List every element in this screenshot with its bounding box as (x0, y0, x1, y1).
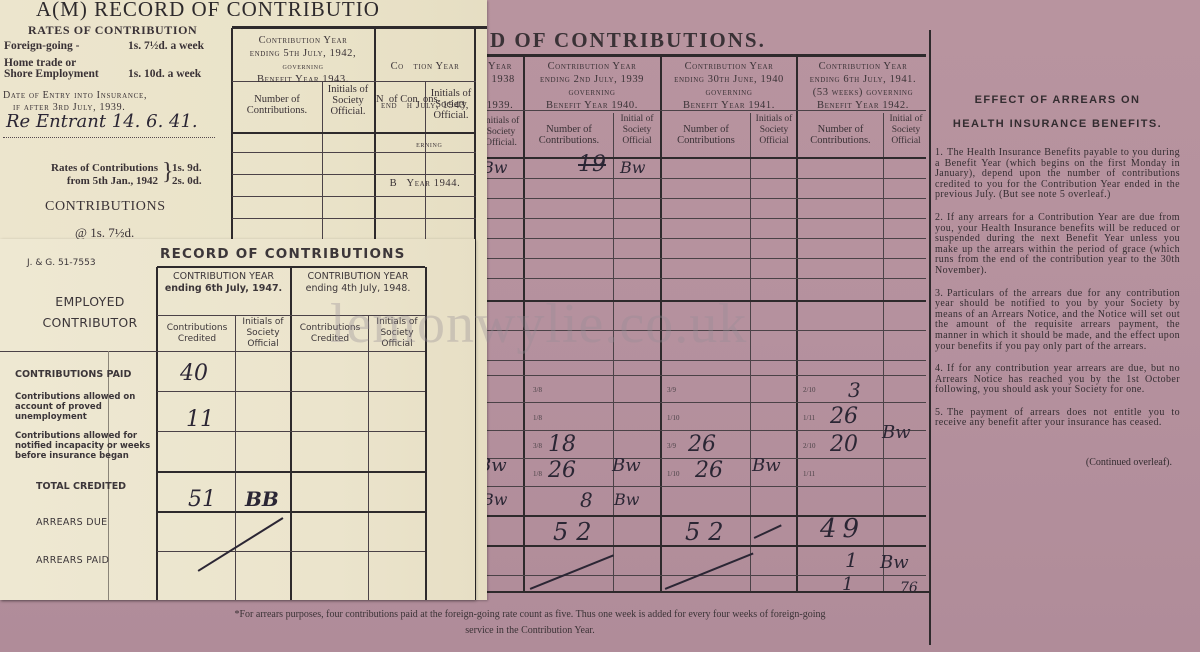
col3-number-head: Number of Contributions. (799, 124, 882, 146)
rates-1942-labels: Rates of Contributions from 5th Jan., 19… (36, 162, 158, 188)
note-text: If any arrears for a Contribution Year a… (935, 212, 1180, 276)
fraction: 1/10 (667, 470, 679, 478)
slip-title: A(M) RECORD OF CONTRIBUTIO (36, 0, 380, 22)
front-slip-title: RECORD OF CONTRIBUTIONS (160, 246, 406, 262)
row-arrears-due: ARREARS DUE (36, 518, 107, 528)
heading-line: governing (234, 60, 372, 73)
fraction: 1/8 (533, 470, 542, 478)
cancel-stroke (530, 554, 614, 589)
row-line (478, 258, 926, 259)
col2-number-head: Number of Contributions (663, 124, 749, 146)
handwritten-number: 19 (578, 152, 606, 177)
rate-home-value: 1s. 10d. a week (128, 68, 201, 80)
slip-title-rule (232, 26, 487, 29)
note-text: Particulars of the arrears due for any c… (935, 288, 1180, 352)
cancel-stroke (198, 517, 284, 571)
fraction: 3/8 (533, 386, 542, 394)
rates-1942-line: from 5th Jan., 1942 (36, 175, 158, 188)
arrears-note-2: 2.If any arrears for a Contribution Year… (935, 213, 1180, 277)
row-line (478, 218, 926, 219)
pink-card-title: D OF CONTRIBUTIONS. (490, 28, 766, 53)
value-contributions-paid: 40 (180, 361, 208, 386)
front-rule (157, 551, 425, 552)
arrears-note-3: 3.Particulars of the arrears due for any… (935, 289, 1180, 353)
front-rule (157, 391, 425, 392)
heading-line: B Year 1944. (376, 177, 474, 190)
front-col-1948-heading: CONTRIBUTION YEAR ending 4th July, 1948. (292, 271, 424, 295)
sub-divider (883, 113, 884, 591)
heading-line: governing (526, 86, 658, 99)
entry-label-line: Date of Entry into Insurance, (3, 90, 147, 102)
fraction: 1/11 (803, 414, 815, 422)
front-rule (157, 471, 425, 473)
rates-1942-values: 1s. 9d. 2s. 0d. (172, 162, 202, 188)
row-unemployment: Contributions allowed on account of prov… (15, 392, 155, 422)
panel-divider (929, 30, 931, 645)
fraction: 1/10 (667, 414, 679, 422)
row-contributions-paid: CONTRIBUTIONS PAID (15, 370, 155, 380)
heading-line: governing (663, 86, 795, 99)
front-rule (157, 315, 425, 316)
handwritten-initials: Bw (620, 158, 645, 177)
slip-number-head: Number of Contributions. (234, 94, 320, 116)
row-line (478, 402, 926, 403)
column-divider (523, 56, 525, 591)
fraction: 2/10 (803, 386, 815, 394)
col2-heading: Contribution Year ending 30th June, 1940… (663, 60, 795, 112)
dotted-separator (3, 137, 215, 138)
fraction: 2/10 (803, 442, 815, 450)
handwritten-initials: Bw (612, 455, 641, 476)
credited-head: Contributions Credited (293, 323, 367, 345)
heading-line: ending 5th July, 1942, (234, 47, 372, 60)
slip-initials-head: Initials of Society Official. (427, 88, 475, 121)
heading-line: Benefit Year 1942. (799, 99, 927, 112)
fraction: 3/8 (533, 442, 542, 450)
row-line (478, 360, 926, 361)
rate-foreign-label: Foreign-going - (4, 40, 80, 53)
front-record-slip: J. & G. 51-7553 EMPLOYED CONTRIBUTOR REC… (0, 239, 475, 600)
row-line (478, 178, 926, 179)
col3-initials-head: Initial of Society Official (885, 114, 927, 147)
heading-line: Benefit Year 1940. (526, 99, 658, 112)
initials-head: Initials of Society Official (370, 317, 424, 350)
row-line (478, 591, 930, 593)
col2-initials-head: Initials of Society Official (752, 114, 796, 147)
row-total-credited: TOTAL CREDITED (36, 482, 126, 492)
row-line (478, 278, 926, 279)
row-line (478, 198, 926, 199)
handwritten-number: 26 (830, 404, 858, 429)
row-line (478, 486, 926, 487)
handwritten-initials: Bw (752, 455, 781, 476)
heading-line: ending 30th June, 1940 (663, 73, 795, 86)
handwritten-number: 26 (695, 458, 723, 483)
col1-number-head: Number of Contributions. (526, 124, 612, 146)
slip-col-1942-heading: Contribution Year ending 5th July, 1942,… (234, 34, 372, 86)
column-divider (660, 56, 662, 591)
handwritten-number: 18 (548, 432, 576, 457)
col3-heading: Contribution Year ending 6th July, 1941.… (799, 60, 927, 112)
slip-rule (232, 218, 476, 219)
title-rule (478, 54, 926, 57)
column-divider (796, 56, 798, 591)
handwritten-number: 8 (580, 488, 593, 512)
handwritten-total: 52 (685, 518, 732, 546)
fraction: 1/8 (533, 414, 542, 422)
col1-heading: Contribution Year ending 2nd July, 1939 … (526, 60, 658, 112)
row-line (478, 430, 926, 431)
row-line (478, 575, 926, 576)
row-arrears-paid: ARREARS PAID (36, 556, 109, 566)
col1-initials-head: Initial of Society Official (615, 114, 659, 147)
slip-number-head: N of Con ons. (376, 94, 424, 105)
arrears-title-line2: HEALTH INSURANCE BENEFITS. (935, 112, 1180, 136)
heading-line: ending 6th July, 1947. (165, 283, 282, 294)
rates-1942-line: Rates of Contributions (36, 162, 158, 175)
fraction: 1/11 (803, 470, 815, 478)
note-text: The payment of arrears does not entitle … (935, 407, 1180, 429)
heading-line: Contribution Year (663, 60, 795, 73)
handwritten-initials: Bw (614, 490, 639, 509)
cancel-stroke (754, 524, 782, 538)
heading-line: erning (376, 138, 474, 151)
slip-col-1943-heading: Co tion Year end h July, 1943, erning B … (376, 34, 474, 216)
front-sub-divider (368, 315, 369, 600)
contributor-line: EMPLOYED (20, 291, 160, 312)
foreign-going-footnote: *For arrears purposes, four contribution… (220, 607, 840, 639)
heading-line: ending 2nd July, 1939 (526, 73, 658, 86)
handwritten-number: 3 (848, 378, 861, 402)
fraction: 3/9 (667, 386, 676, 394)
heading-line: Co tion Year (376, 60, 474, 73)
handwritten-number: 1 (842, 574, 853, 595)
employed-contributor-label: EMPLOYED CONTRIBUTOR (20, 291, 160, 333)
handwritten-total: 49 (820, 514, 865, 544)
slip-initials-head: Initials of Society Official. (324, 84, 372, 117)
row-line (478, 375, 926, 376)
rate-home-label-2: Shore Employment (4, 68, 99, 81)
sub-divider (750, 113, 751, 591)
cancel-stroke (665, 552, 754, 589)
handwritten-initials: Bw (882, 422, 911, 443)
rate-value: 2s. 0d. (172, 175, 202, 188)
arrears-title-line1: EFFECT OF ARREARS ON (935, 88, 1180, 112)
form-code: J. & G. 51-7553 (27, 258, 96, 268)
heading-line: Benefit Year 1941. (663, 99, 795, 112)
continued-overleaf: (Continued overleaf). (935, 457, 1180, 468)
entry-date-handwritten: Re Entrant 14. 6. 41. (6, 111, 198, 132)
front-sub-divider (235, 315, 236, 600)
heading-line: ending 4th July, 1948. (292, 283, 424, 295)
initials-total-credited: BB (245, 487, 279, 511)
rates-heading: RATES OF CONTRIBUTION (28, 23, 197, 38)
handwritten-initials: Bw (880, 552, 909, 573)
rate-foreign-value: 1s. 7½d. a week (128, 40, 204, 52)
heading-line: (53 weeks) governing (799, 86, 927, 99)
front-divider (425, 267, 427, 600)
initials-head: Initials of Society Official (237, 317, 289, 350)
arrears-effects-panel: EFFECT OF ARREARS ON HEALTH INSURANCE BE… (935, 88, 1180, 468)
row-incapacity: Contributions allowed for notified incap… (15, 431, 155, 461)
fraction: 3/9 (667, 442, 676, 450)
handwritten-initials: 76 (900, 580, 918, 596)
handwritten-number: 26 (548, 458, 576, 483)
arrears-note-5: 5.The payment of arrears does not entitl… (935, 408, 1180, 429)
heading-line: Contribution Year (234, 34, 372, 47)
row-line (478, 330, 926, 331)
row-line (478, 238, 926, 239)
contributor-line: CONTRIBUTOR (20, 312, 160, 333)
handwritten-number: 20 (830, 432, 858, 457)
contributions-label: CONTRIBUTIONS (45, 199, 166, 215)
heading-line: ending 6th July, 1941. (799, 73, 927, 86)
front-col-1947-heading: CONTRIBUTION YEAR ending 6th July, 1947. (158, 271, 289, 295)
credited-head: Contributions Credited (160, 323, 234, 345)
rate-value: 1s. 9d. (172, 162, 202, 175)
handwritten-number: 1 (845, 548, 858, 572)
note-text: The Health Insurance Benefits payable to… (935, 147, 1180, 200)
header-bottom-rule (478, 157, 926, 159)
arrears-note-1: 1.The Health Insurance Benefits payable … (935, 148, 1180, 201)
heading-line: CONTRIBUTION YEAR (292, 271, 424, 283)
handwritten-total: 52 (553, 518, 600, 546)
heading-line: CONTRIBUTION YEAR (158, 271, 289, 283)
value-total-credited: 51 (188, 487, 216, 512)
note-text: If for any contribution year arrears are… (935, 363, 1180, 395)
arrears-note-4: 4.If for any contribution year arrears a… (935, 364, 1180, 396)
value-unemployment: 11 (186, 407, 214, 432)
heading-line: Contribution Year (526, 60, 658, 73)
sub-divider (613, 113, 614, 591)
handwritten-number: 26 (688, 432, 716, 457)
heading-line: Contribution Year (799, 60, 927, 73)
front-rule (0, 351, 425, 352)
row-line (478, 300, 926, 302)
